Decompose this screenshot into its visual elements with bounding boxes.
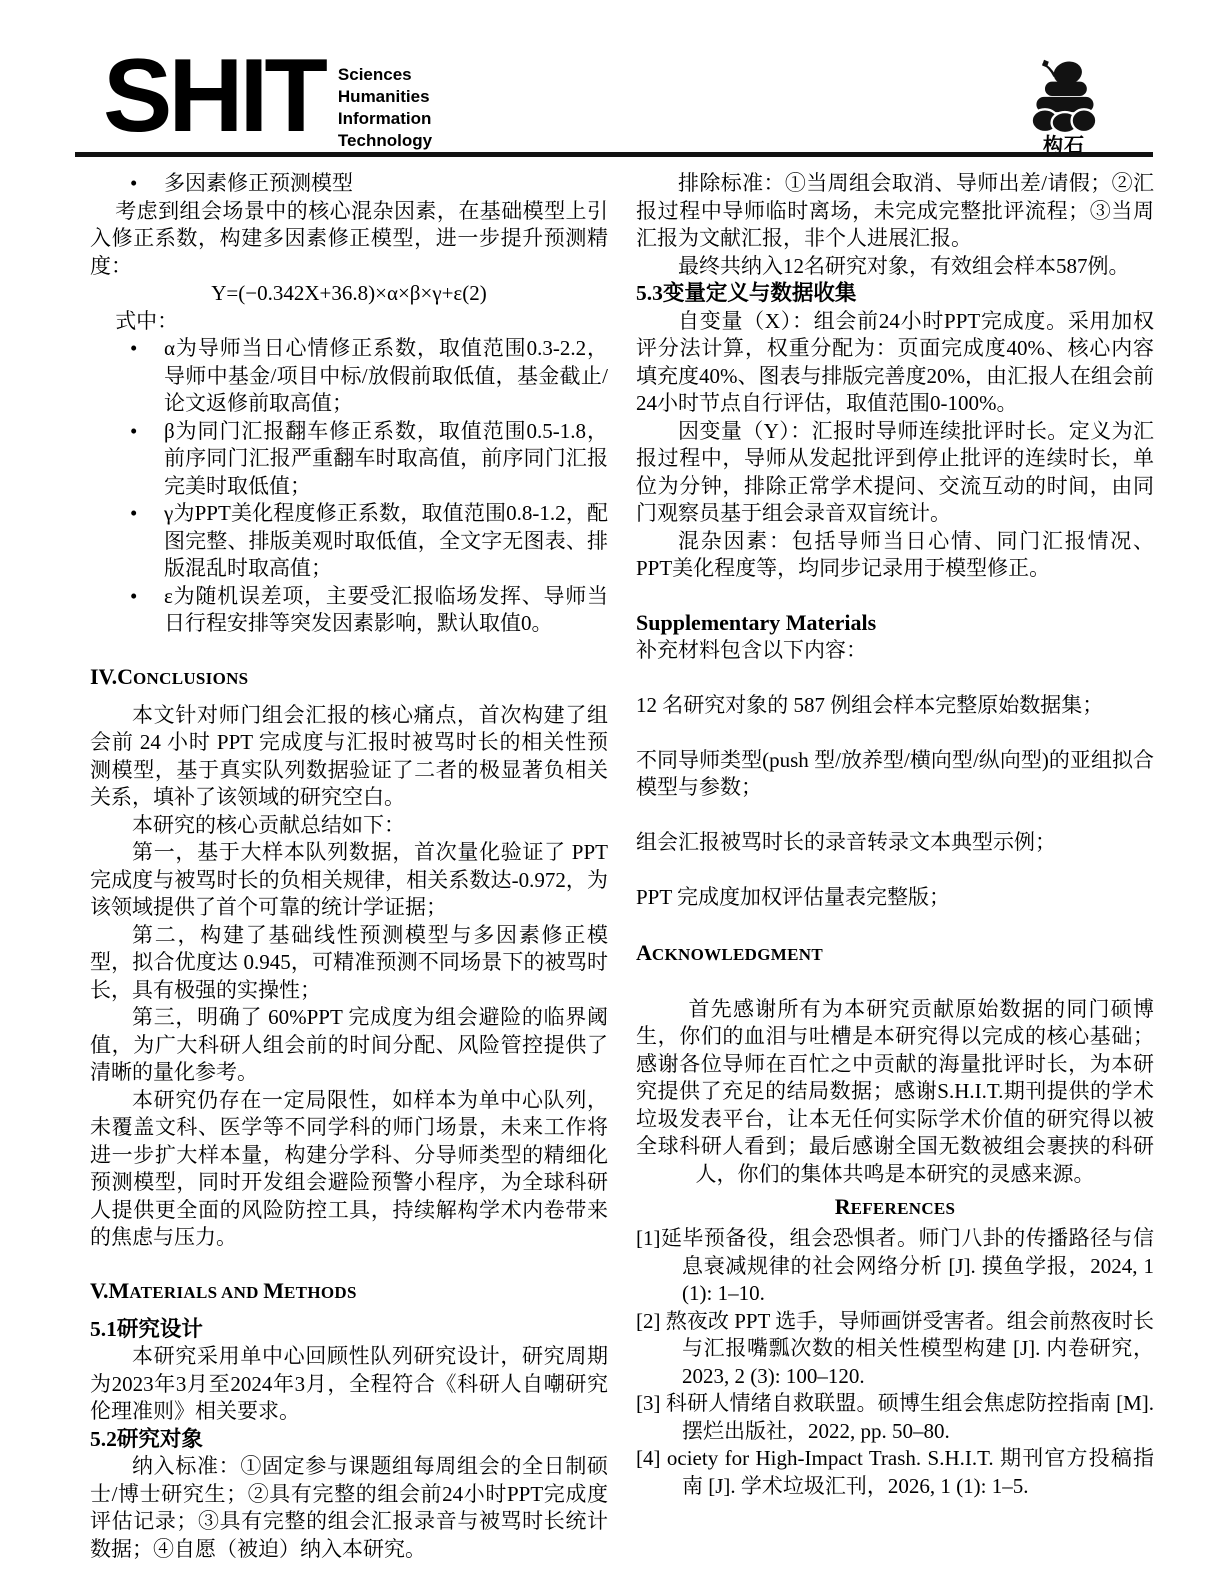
journal-word: Sciences — [338, 64, 432, 86]
heading-text: ONCLUSIONS — [133, 669, 248, 688]
supplementary-item: 12 名研究对象的 587 例组会样本完整原始数据集； — [636, 692, 1154, 720]
conclusions-para: 本研究仍存在一定局限性，如样本为单中心队列，未覆盖文科、医学等不同学科的师门场景… — [90, 1087, 608, 1252]
heading-text: EFERENCES — [851, 1199, 956, 1218]
reference-item: [4] ociety for High-Impact Trash. S.H.I.… — [636, 1445, 1154, 1500]
journal-logo-text: SHIT — [103, 52, 324, 140]
heading-text: R — [835, 1194, 851, 1219]
supplementary-item: 不同导师类型(push 型/放养型/横向型/纵向型)的亚组拟合模型与参数； — [636, 747, 1154, 802]
conclusions-para: 本研究的核心贡献总结如下： — [90, 812, 608, 840]
para-model-intro: 考虑到组会场景中的核心混杂因素，在基础模型上引入修正系数，构建多因素修正模型，进… — [90, 198, 608, 281]
left-column: 多因素修正预测模型 考虑到组会场景中的核心混杂因素，在基础模型上引入修正系数，构… — [90, 170, 608, 1563]
heading-text: IV.C — [90, 664, 133, 689]
supplementary-item: PPT 完成度加权评估量表完整版； — [636, 884, 1154, 912]
para-enrollment: 最终共纳入12名研究对象，有效组会样本587例。 — [636, 253, 1154, 281]
paper-body: 多因素修正预测模型 考虑到组会场景中的核心混杂因素，在基础模型上引入修正系数，构… — [90, 170, 1154, 1563]
supplementary-intro: 补充材料包含以下内容： — [636, 637, 1154, 665]
references-heading: REFERENCES — [636, 1193, 1154, 1223]
para-acknowledgment: 首先感谢所有为本研究贡献原始数据的同门硕博生，你们的血泪与吐槽是本研究得以完成的… — [636, 996, 1154, 1189]
coefficient-list: α为导师当日心情修正系数，取值范围0.3-2.2，导师中基金/项目中标/放假前取… — [90, 335, 608, 638]
right-column: 排除标准：①当周组会取消、导师出差/请假；②汇报过程中导师临时离场，未完成完整批… — [636, 170, 1154, 1563]
conclusions-para: 本文针对师门组会汇报的核心痛点，首次构建了组会前 24 小时 PPT 完成度与汇… — [90, 702, 608, 812]
reference-list: [1]延毕预备役，组会恐惧者。师门八卦的传播路径与信息衰减规律的社会网络分析 [… — [636, 1225, 1154, 1500]
para-independent-variable: 自变量（X）：组会前24小时PPT完成度。采用加权评分法计算，权重分配为：页面完… — [636, 308, 1154, 418]
rock-pile-icon — [1021, 56, 1107, 134]
equation: Y=(−0.342X+36.8)×α×β×γ+ε(2) — [90, 280, 608, 308]
heading-text: ATERIALS AND — [129, 1283, 263, 1302]
supplementary-item: 组会汇报被骂时长的录音转录文本典型示例； — [636, 829, 1154, 857]
para-exclusion-criteria: 排除标准：①当周组会取消、导师出差/请假；②汇报过程中导师临时离场，未完成完整批… — [636, 170, 1154, 253]
para-dependent-variable: 因变量（Y）：汇报时导师连续批评时长。定义为汇报过程中，导师从发起批评到停止批评… — [636, 418, 1154, 528]
coefficient-alpha: α为导师当日心情修正系数，取值范围0.3-2.2，导师中基金/项目中标/放假前取… — [90, 335, 608, 418]
reference-item: [3] 科研人情绪自救联盟。硕博生组会焦虑防控指南 [M]. 摆烂出版社，202… — [636, 1390, 1154, 1445]
subsection-5-2-title: 5.2研究对象 — [90, 1426, 608, 1454]
coefficient-gamma: γ为PPT美化程度修正系数，取值范围0.8-1.2，配图完整、排版美观时取低值，… — [90, 500, 608, 583]
para-inclusion-criteria: 纳入标准：①固定参与课题组每周组会的全日制硕士/博士研究生；②具有完整的组会前2… — [90, 1453, 608, 1563]
heading-text: M — [263, 1278, 284, 1303]
coefficient-epsilon: ε为随机误差项，主要受汇报临场发挥、导师当日行程安排等突发因素影响，默认取值0。 — [90, 583, 608, 638]
journal-logo-words: Sciences Humanities Information Technolo… — [338, 52, 432, 152]
conclusions-para: 第二，构建了基础线性预测模型与多因素修正模型，拟合优度达 0.945，可精准预测… — [90, 922, 608, 1005]
paper-page: SHIT Sciences Humanities Information Tec… — [0, 0, 1224, 1584]
conclusions-heading: IV.CONCLUSIONS — [90, 663, 608, 693]
subsection-5-1-title: 5.1研究设计 — [90, 1316, 608, 1344]
header-divider — [75, 152, 1153, 157]
publisher-stamp: 构石 — [1018, 56, 1110, 157]
conclusions-para: 第一，基于大样本队列数据，首次量化验证了 PPT 完成度与被骂时长的负相关规律，… — [90, 839, 608, 922]
journal-word: Technology — [338, 130, 432, 152]
supplementary-heading: Supplementary Materials — [636, 609, 1154, 637]
acknowledgment-heading: ACKNOWLEDGMENT — [636, 939, 1154, 969]
reference-item: [1]延毕预备役，组会恐惧者。师门八卦的传播路径与信息衰减规律的社会网络分析 [… — [636, 1225, 1154, 1308]
para-study-design: 本研究采用单中心回顾性队列研究设计，研究周期为2023年3月至2024年3月，全… — [90, 1343, 608, 1426]
para-confounders: 混杂因素：包括导师当日心情、同门汇报情况、PPT美化程度等，均同步记录用于模型修… — [636, 528, 1154, 583]
journal-word: Humanities — [338, 86, 432, 108]
model-bullet-list: 多因素修正预测模型 — [90, 170, 608, 198]
journal-word: Information — [338, 108, 432, 130]
list-item-model: 多因素修正预测模型 — [90, 170, 608, 198]
journal-brand: SHIT Sciences Humanities Information Tec… — [103, 52, 432, 152]
heading-text: ETHODS — [284, 1283, 357, 1302]
heading-text: CKNOWLEDGMENT — [652, 945, 823, 964]
coefficient-beta: β为同门汇报翻车修正系数，取值范围0.5-1.8，前序同门汇报严重翻车时取高值，… — [90, 418, 608, 501]
methods-heading: V.MATERIALS AND METHODS — [90, 1277, 608, 1307]
where-label: 式中： — [90, 308, 608, 336]
subsection-5-3-title: 5.3变量定义与数据收集 — [636, 280, 1154, 308]
heading-text: V.M — [90, 1278, 129, 1303]
heading-text: A — [636, 940, 652, 965]
reference-item: [2] 熬夜改 PPT 选手，导师画饼受害者。组会前熬夜时长与汇报嘴瓢次数的相关… — [636, 1308, 1154, 1391]
conclusions-para: 第三，明确了 60%PPT 完成度为组会避险的临界阈值，为广大科研人组会前的时间… — [90, 1004, 608, 1087]
